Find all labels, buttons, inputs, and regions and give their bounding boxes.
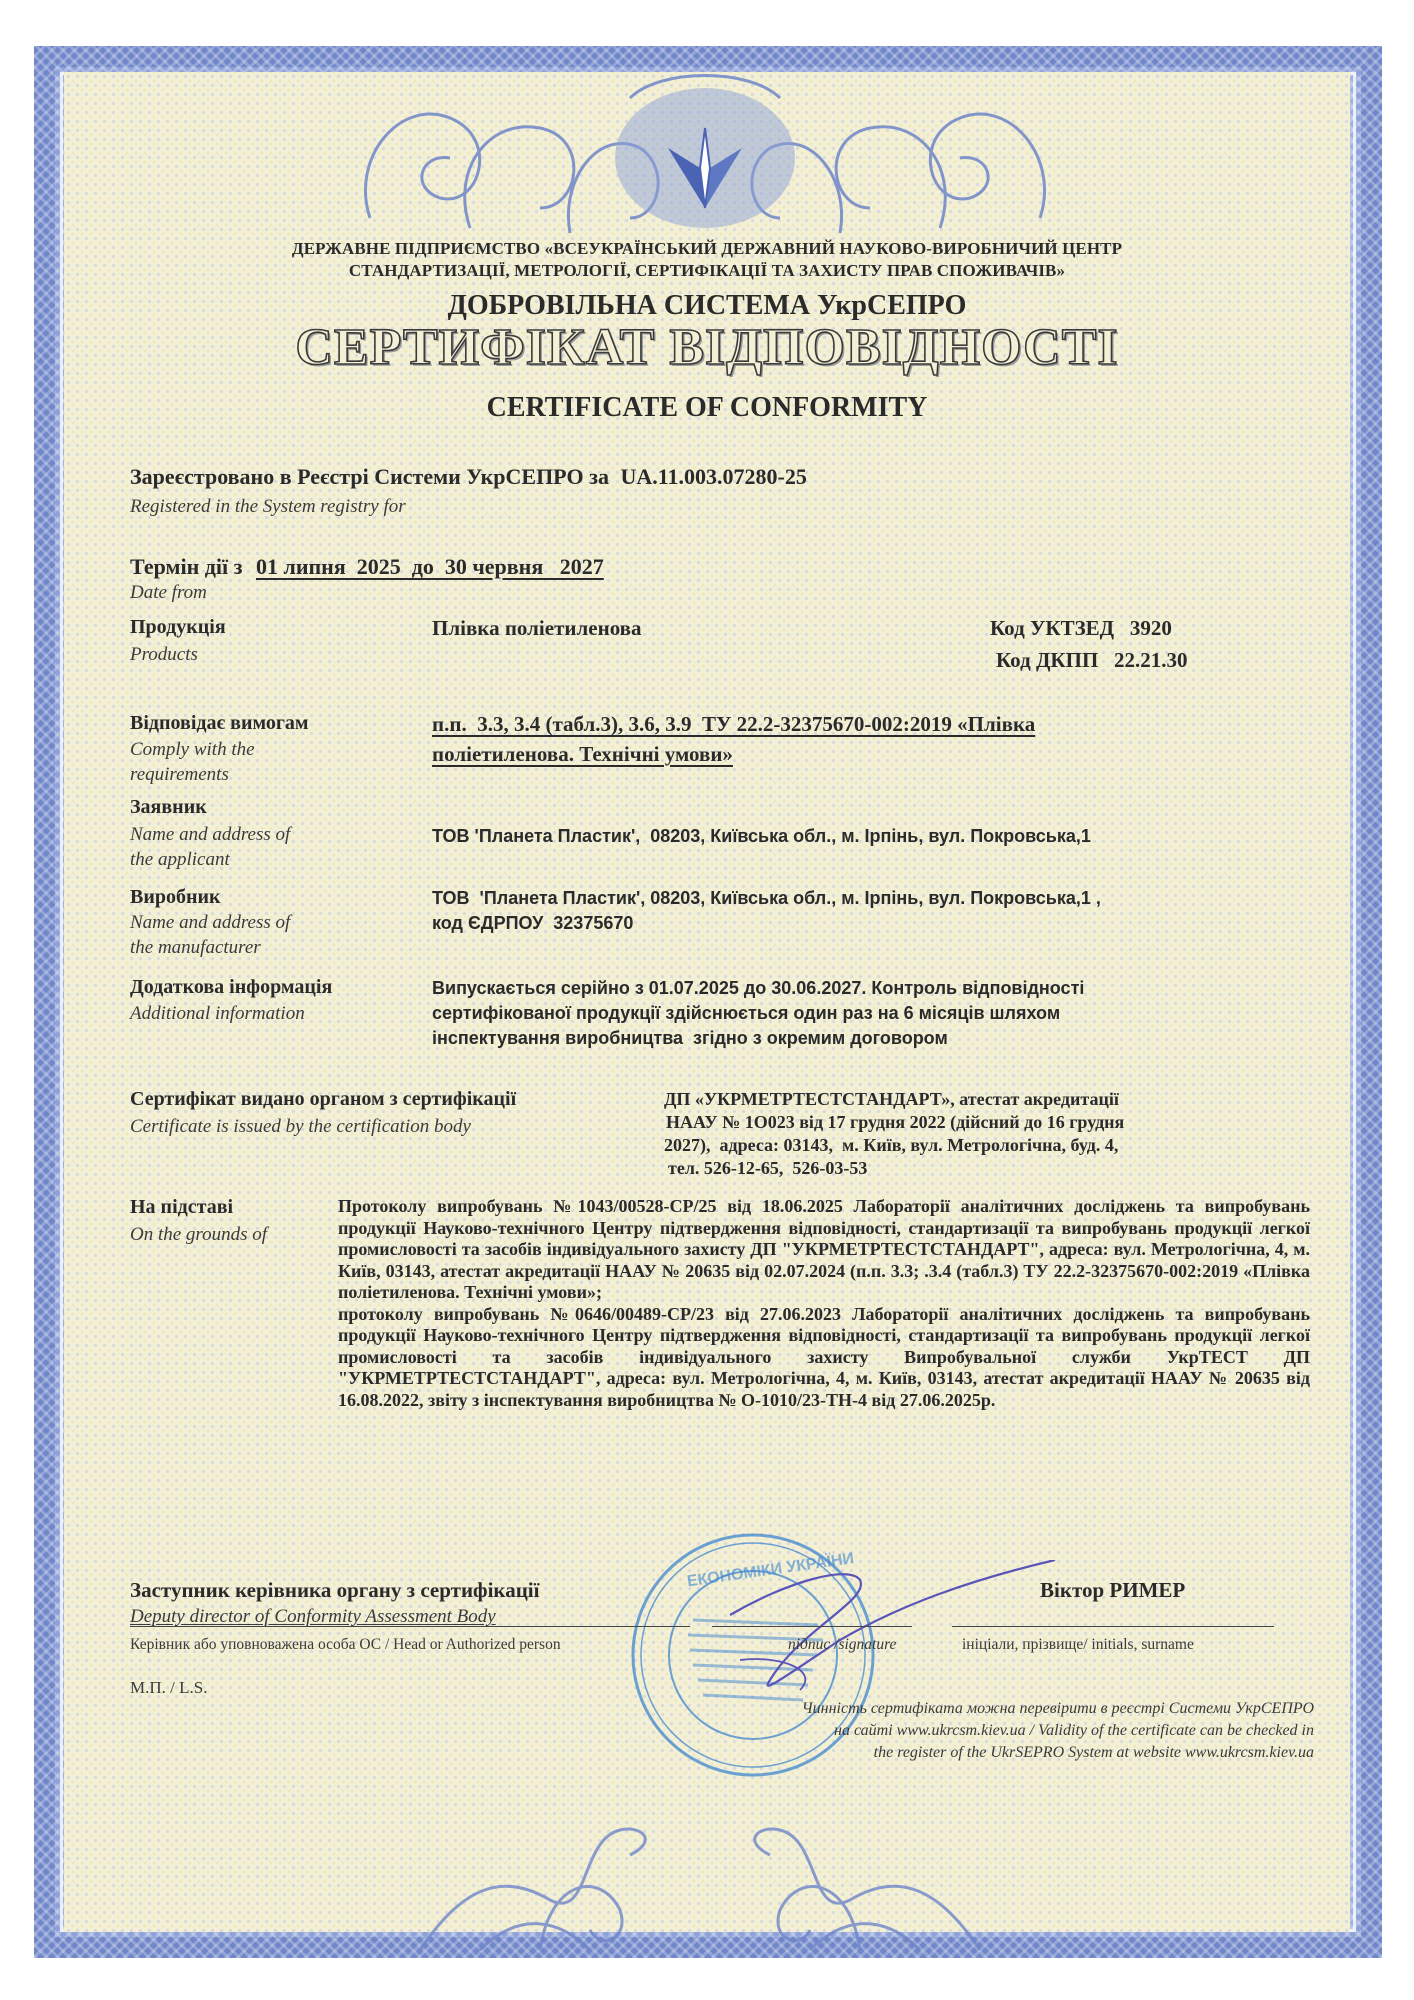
requirements-line-2: поліетиленова. Технічні умови» xyxy=(432,742,733,767)
seal-label: М.П. / L.S. xyxy=(130,1678,207,1698)
validity-label: Термін дії з xyxy=(130,554,242,579)
products-label: Продукція xyxy=(130,616,226,639)
registration-label: Зареєстровано в Реєстрі Системи УкрСЕПРО… xyxy=(130,464,609,489)
additional-value: Випускається серійно з 01.07.2025 до 30.… xyxy=(432,976,1084,1051)
product-name: Плівка поліетиленова xyxy=(432,616,642,641)
organization-line-1: ДЕРЖАВНЕ ПІДПРИЄМСТВО «ВСЕУКРАЇНСЬКИЙ ДЕ… xyxy=(180,238,1234,260)
caption-signature: підпис /signature xyxy=(788,1636,896,1654)
signature-icon xyxy=(640,1560,1060,1700)
validity-period: 01 липня 2025 до 30 червня 2027 xyxy=(256,554,604,579)
certificate-title-en: CERTIFICATE OF CONFORMITY xyxy=(180,392,1234,424)
issuing-organization: ДЕРЖАВНЕ ПІДПРИЄМСТВО «ВСЕУКРАЇНСЬКИЙ ДЕ… xyxy=(180,238,1234,282)
requirements-label-en: Comply with the requirements xyxy=(130,737,255,787)
grounds-label-en: On the grounds of xyxy=(130,1222,267,1247)
code-dkpp: Код ДКПП 22.21.30 xyxy=(996,648,1188,673)
code-uktzed: Код УКТЗЕД 3920 xyxy=(990,616,1172,641)
manufacturer-value: ТОВ 'Планета Пластик', 08203, Київська о… xyxy=(432,886,1101,936)
additional-label: Додаткова інформація xyxy=(130,976,332,999)
additional-label-en: Additional information xyxy=(130,1001,305,1026)
requirements-label: Відповідає вимогам xyxy=(130,712,309,735)
applicant-label-en: Name and address of the applicant xyxy=(130,822,290,872)
initials-line xyxy=(952,1626,1274,1627)
certificate-title: СЕРТИФІКАТ ВІДПОВІДНОСТІ xyxy=(180,318,1234,377)
signer-position: Заступник керівника органу з сертифікаці… xyxy=(130,1578,539,1603)
caption-authorized-person: Керівник або уповноважена особа ОС / Hea… xyxy=(130,1636,561,1654)
signer-name: Віктор РИМЕР xyxy=(1040,1578,1185,1603)
issuer-label: Сертифікат видано органом з сертифікації xyxy=(130,1088,516,1111)
products-label-en: Products xyxy=(130,642,198,667)
manufacturer-label: Виробник xyxy=(130,886,221,909)
requirements-line-1: п.п. 3.3, 3.4 (табл.3), 3.6, 3.9 ТУ 22.2… xyxy=(432,712,1035,737)
grounds-value: Протоколу випробувань №1043/00528-СР/25 … xyxy=(338,1196,1310,1411)
grounds-protocol-2: протоколу випробувань №0646/00489-СР/23 … xyxy=(338,1304,1310,1412)
applicant-label: Заявник xyxy=(130,796,207,819)
registration-number: UA.11.003.07280-25 xyxy=(620,464,806,489)
validity-label-en: Date from xyxy=(130,580,207,605)
position-line xyxy=(130,1626,690,1627)
manufacturer-label-en: Name and address of the manufacturer xyxy=(130,910,290,960)
validity-row: Термін дії з 01 липня 2025 до 30 червня … xyxy=(130,554,604,580)
issuer-label-en: Certificate is issued by the certificati… xyxy=(130,1114,471,1139)
applicant-value: ТОВ 'Планета Пластик', 08203, Київська о… xyxy=(432,824,1091,849)
registration-label-en: Registered in the System registry for xyxy=(130,494,406,519)
grounds-label: На підставі xyxy=(130,1196,233,1219)
validity-note: Чинність сертифіката можна перевірити в … xyxy=(560,1698,1314,1764)
issuer-value: ДП «УКРМЕТРТЕСТСТАНДАРТ», атестат акреди… xyxy=(664,1088,1124,1180)
grounds-protocol-1: Протоколу випробувань №1043/00528-СР/25 … xyxy=(338,1196,1310,1304)
caption-initials: ініціали, прізвище/ initials, surname xyxy=(962,1636,1194,1654)
registration-row: Зареєстровано в Реєстрі Системи УкрСЕПРО… xyxy=(130,464,807,490)
signature-line xyxy=(712,1626,912,1627)
organization-line-2: СТАНДАРТИЗАЦІЇ, МЕТРОЛОГІЇ, СЕРТИФІКАЦІЇ… xyxy=(180,260,1234,282)
